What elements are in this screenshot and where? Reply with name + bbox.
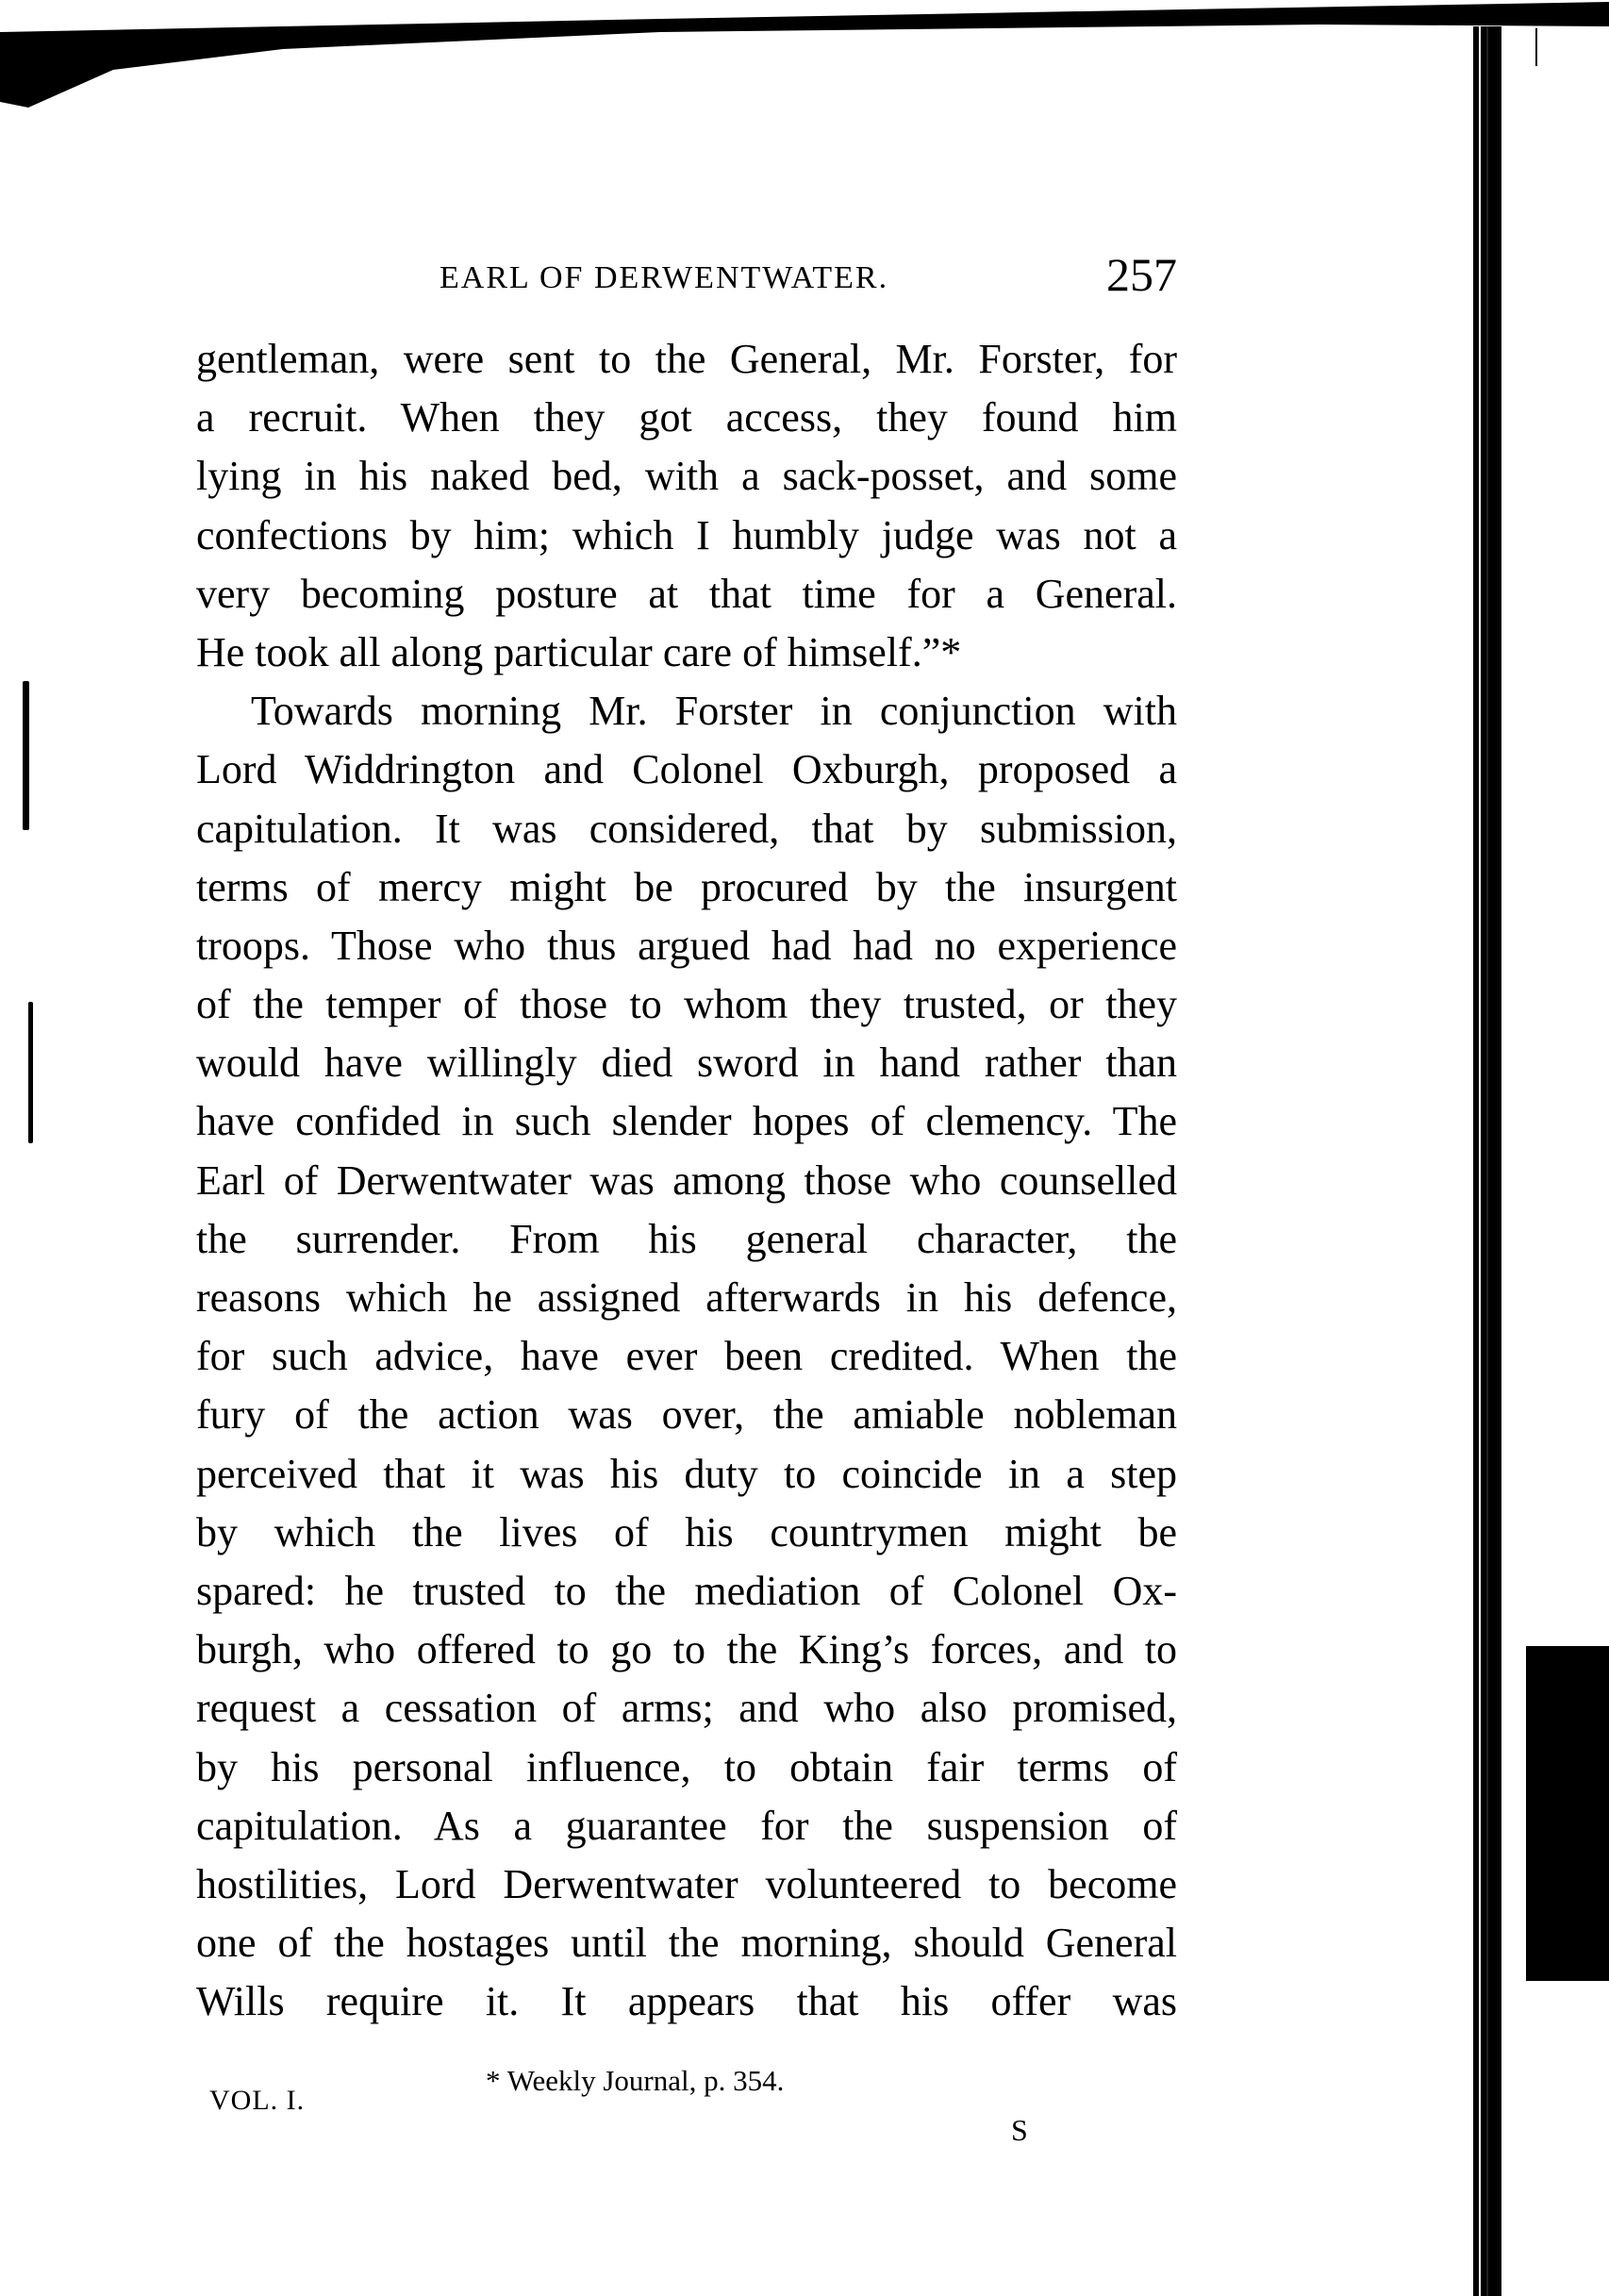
text-line: by his personal influence, to obtain fai… xyxy=(196,1739,1177,1797)
gathering-signature: S xyxy=(1011,2113,1028,2148)
scan-shadow-top xyxy=(0,0,1609,113)
page-number: 257 xyxy=(1106,247,1177,302)
text-line: perceived that it was his duty to coinci… xyxy=(196,1445,1177,1504)
text-line: capitulation. As a guarantee for the sus… xyxy=(196,1797,1177,1855)
text-line: reasons which he assigned afterwards in … xyxy=(196,1269,1177,1327)
text-line: lying in his naked bed, with a sack-poss… xyxy=(196,447,1177,506)
text-line: capitulation. It was considered, that by… xyxy=(196,800,1177,858)
text-line: for such advice, have ever been credited… xyxy=(196,1327,1177,1386)
margin-mark-upper xyxy=(23,681,29,830)
text-line: gentleman, were sent to the General, Mr.… xyxy=(196,330,1177,389)
text-line: Wills require it. It appears that his of… xyxy=(196,1972,1177,2031)
text-line: terms of mercy might be procured by the … xyxy=(196,858,1177,917)
text-line: fury of the action was over, the amiable… xyxy=(196,1386,1177,1444)
scan-shadow-bottom-right xyxy=(1526,1646,1609,1981)
text-line: spared: he trusted to the mediation of C… xyxy=(196,1562,1177,1621)
running-head: EARL OF DERWENTWATER. 257 xyxy=(196,247,1177,313)
text-line: have confided in such slender hopes of c… xyxy=(196,1092,1177,1151)
text-line: He took all along particular care of him… xyxy=(196,624,1177,682)
text-line: by which the lives of his countrymen mig… xyxy=(196,1504,1177,1562)
book-spine-edge xyxy=(1473,26,1501,2296)
text-line: a recruit. When they got access, they fo… xyxy=(196,389,1177,447)
text-line: Towards morning Mr. Forster in conjuncti… xyxy=(196,682,1177,740)
spine-fleck xyxy=(1535,28,1537,66)
margin-mark-lower xyxy=(28,1002,33,1143)
text-line: request a cessation of arms; and who als… xyxy=(196,1679,1177,1738)
text-line: hostilities, Lord Derwentwater volunteer… xyxy=(196,1855,1177,1914)
text-line: one of the hostages until the morning, s… xyxy=(196,1914,1177,1972)
text-line: would have willingly died sword in hand … xyxy=(196,1034,1177,1092)
body-text: gentleman, were sent to the General, Mr.… xyxy=(196,330,1177,2031)
text-line: the surrender. From his general characte… xyxy=(196,1210,1177,1269)
footnote: * Weekly Journal, p. 354. xyxy=(486,2064,784,2098)
running-title: EARL OF DERWENTWATER. xyxy=(440,260,888,296)
text-line: burgh, who offered to go to the King’s f… xyxy=(196,1621,1177,1679)
text-line: Lord Widdrington and Colonel Oxburgh, pr… xyxy=(196,740,1177,799)
text-line: Earl of Derwentwater was among those who… xyxy=(196,1152,1177,1210)
text-line: troops. Those who thus argued had had no… xyxy=(196,917,1177,975)
volume-signature: VOL. I. xyxy=(209,2085,305,2117)
text-line: of the temper of those to whom they trus… xyxy=(196,975,1177,1034)
text-line: confections by him; which I humbly judge… xyxy=(196,507,1177,565)
text-line: very becoming posture at that time for a… xyxy=(196,565,1177,624)
